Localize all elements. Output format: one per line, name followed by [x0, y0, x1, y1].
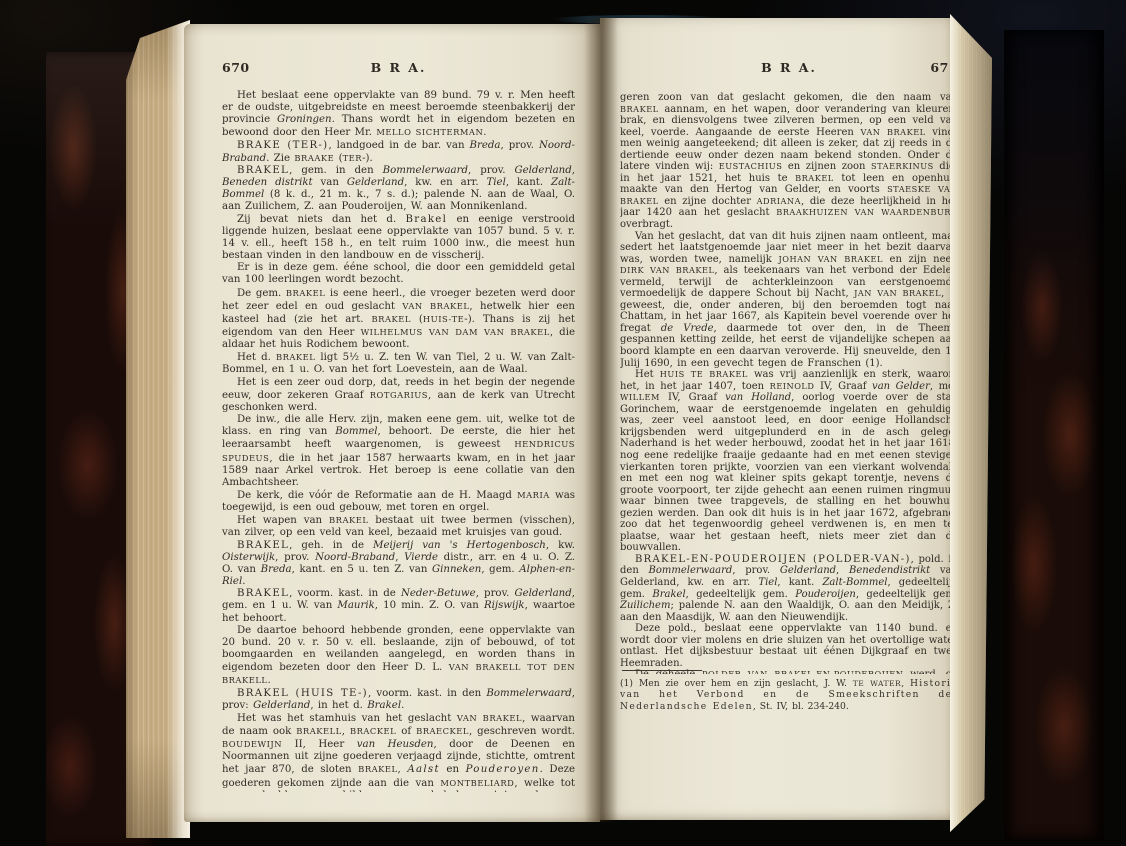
right-page: B R A. 671 geren zoon van dat geslacht g…: [600, 18, 956, 820]
paragraph: Van het geslacht, dat van dit huis zijne…: [620, 231, 958, 370]
right-page-text: geren zoon van dat geslacht gekomen, die…: [620, 92, 958, 674]
gutter-shadow: [584, 18, 618, 822]
paragraph: BRAKEL-EN-POUDEROIJEN (POLDER-VAN-), pol…: [620, 554, 958, 623]
left-page-text: Het beslaat eene oppervlakte van 89 bund…: [222, 90, 575, 792]
paragraph: BRAKEL (HUIS TE-), voorm. kast. in den B…: [222, 688, 575, 712]
book-spread: 670 B R A. Het beslaat eene oppervlakte …: [0, 0, 1126, 846]
paragraph: Het d. BRAKEL ligt 5½ u. Z. ten W. van T…: [222, 351, 575, 376]
paragraph: Het wapen van BRAKEL bestaat uit twee be…: [222, 514, 575, 539]
footnote-rule: [622, 670, 702, 671]
paragraph: Het beslaat eene oppervlakte van 89 bund…: [222, 90, 575, 140]
right-page-header: B R A. 671: [620, 60, 958, 76]
left-running-head: B R A.: [222, 60, 575, 75]
paragraph: Het is een zeer oud dorp, dat, reeds in …: [222, 377, 575, 414]
left-fore-edge-pages: [126, 18, 190, 838]
left-page: 670 B R A. Het beslaat eene oppervlakte …: [184, 24, 600, 822]
paragraph: Er is in deze gem. ééne school, die door…: [222, 262, 575, 286]
right-running-head: B R A.: [620, 60, 958, 75]
right-fore-edge-pages: [950, 14, 992, 832]
paragraph: BRAKEL, gem. in den Bommelerwaard, prov.…: [222, 165, 575, 214]
paragraph: geren zoon van dat geslacht gekomen, die…: [620, 92, 958, 231]
paragraph: De gem. BRAKEL is eene heerl., die vroeg…: [222, 287, 575, 352]
left-page-header: 670 B R A.: [222, 60, 575, 76]
paragraph: De daartoe behoord hebbende gronden, een…: [222, 625, 575, 688]
paragraph: Het was het stamhuis van het geslacht VA…: [222, 712, 575, 792]
paragraph: BRAKE (TER-), landgoed in de bar. van Br…: [222, 140, 575, 165]
paragraph: Het HUIS TE BRAKEL was vrij aanzienlijk …: [620, 369, 958, 554]
paragraph: De kerk, die vóór de Reformatie aan de H…: [222, 489, 575, 514]
footnote-text: (1) Men zie over hem en zijn geslacht, J…: [620, 678, 958, 712]
paragraph: BRAKEL, voorm. kast. in de Neder-Betuwe,…: [222, 588, 575, 624]
paragraph: BRAKEL, geh. in de Meijerij van 's Herto…: [222, 540, 575, 589]
paragraph: Zij bevat niets dan het d. Brakel en een…: [222, 214, 575, 263]
paragraph: De inw., die alle Herv. zijn, maken eene…: [222, 414, 575, 489]
paragraph: Deze pold., beslaat eene oppervlakte van…: [620, 623, 958, 669]
right-cover-marble: [1004, 30, 1104, 840]
